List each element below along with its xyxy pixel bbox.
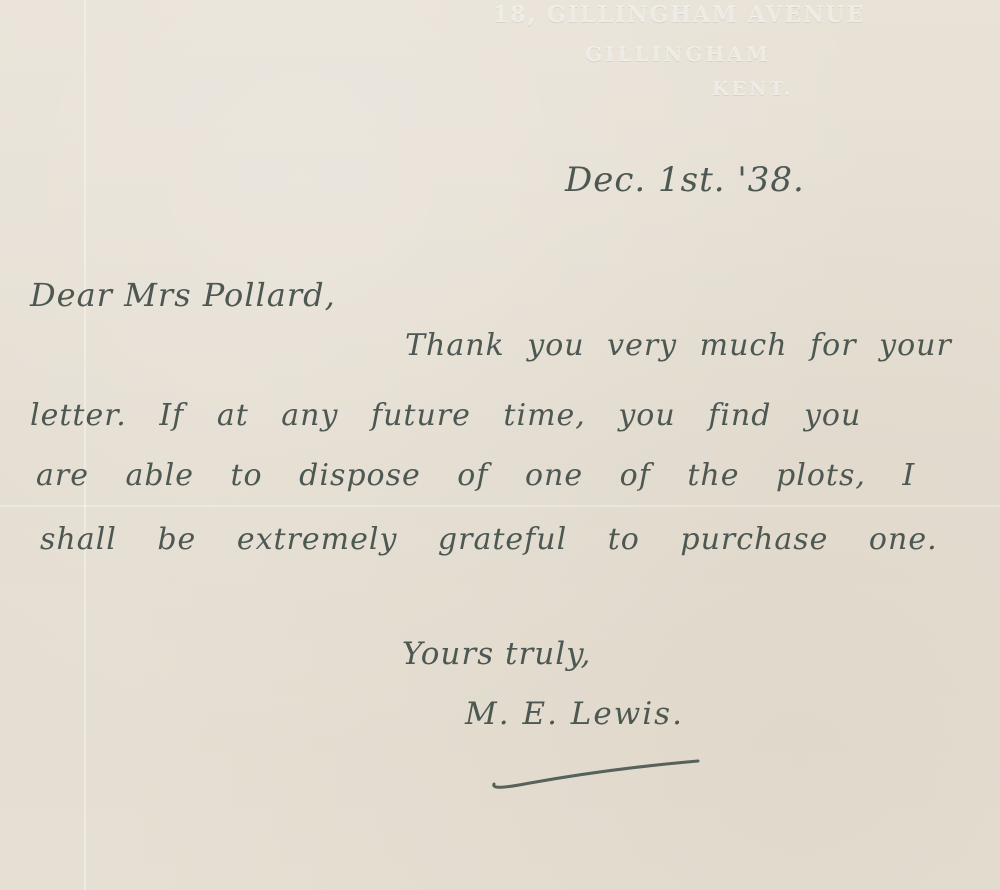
letter-body-line: Thank you very much for your — [405, 328, 952, 363]
letter-body-line: letter. If at any future time, you find … — [30, 398, 861, 433]
letterhead-town-line: GILLINGHAM — [585, 42, 771, 66]
signature-underline-flourish — [490, 758, 702, 790]
letter-date: Dec. 1st. '38. — [565, 160, 805, 200]
paper-fold-horizontal — [0, 505, 1000, 507]
letter-salutation: Dear Mrs Pollard, — [30, 276, 336, 314]
letter-body-line: are able to dispose of one of the plots,… — [36, 458, 915, 493]
letterhead-address-line: 18, GILLINGHAM AVENUE — [493, 2, 865, 28]
letter-page: 18, GILLINGHAM AVENUE GILLINGHAM KENT. D… — [0, 0, 1000, 890]
letter-closing: Yours truly, — [402, 636, 591, 672]
letter-body-line: shall be extremely grateful to purchase … — [40, 522, 938, 557]
letter-signature: M. E. Lewis. — [465, 696, 684, 732]
letterhead-county-line: KENT. — [712, 78, 794, 100]
paper-crease-vertical — [84, 0, 86, 890]
